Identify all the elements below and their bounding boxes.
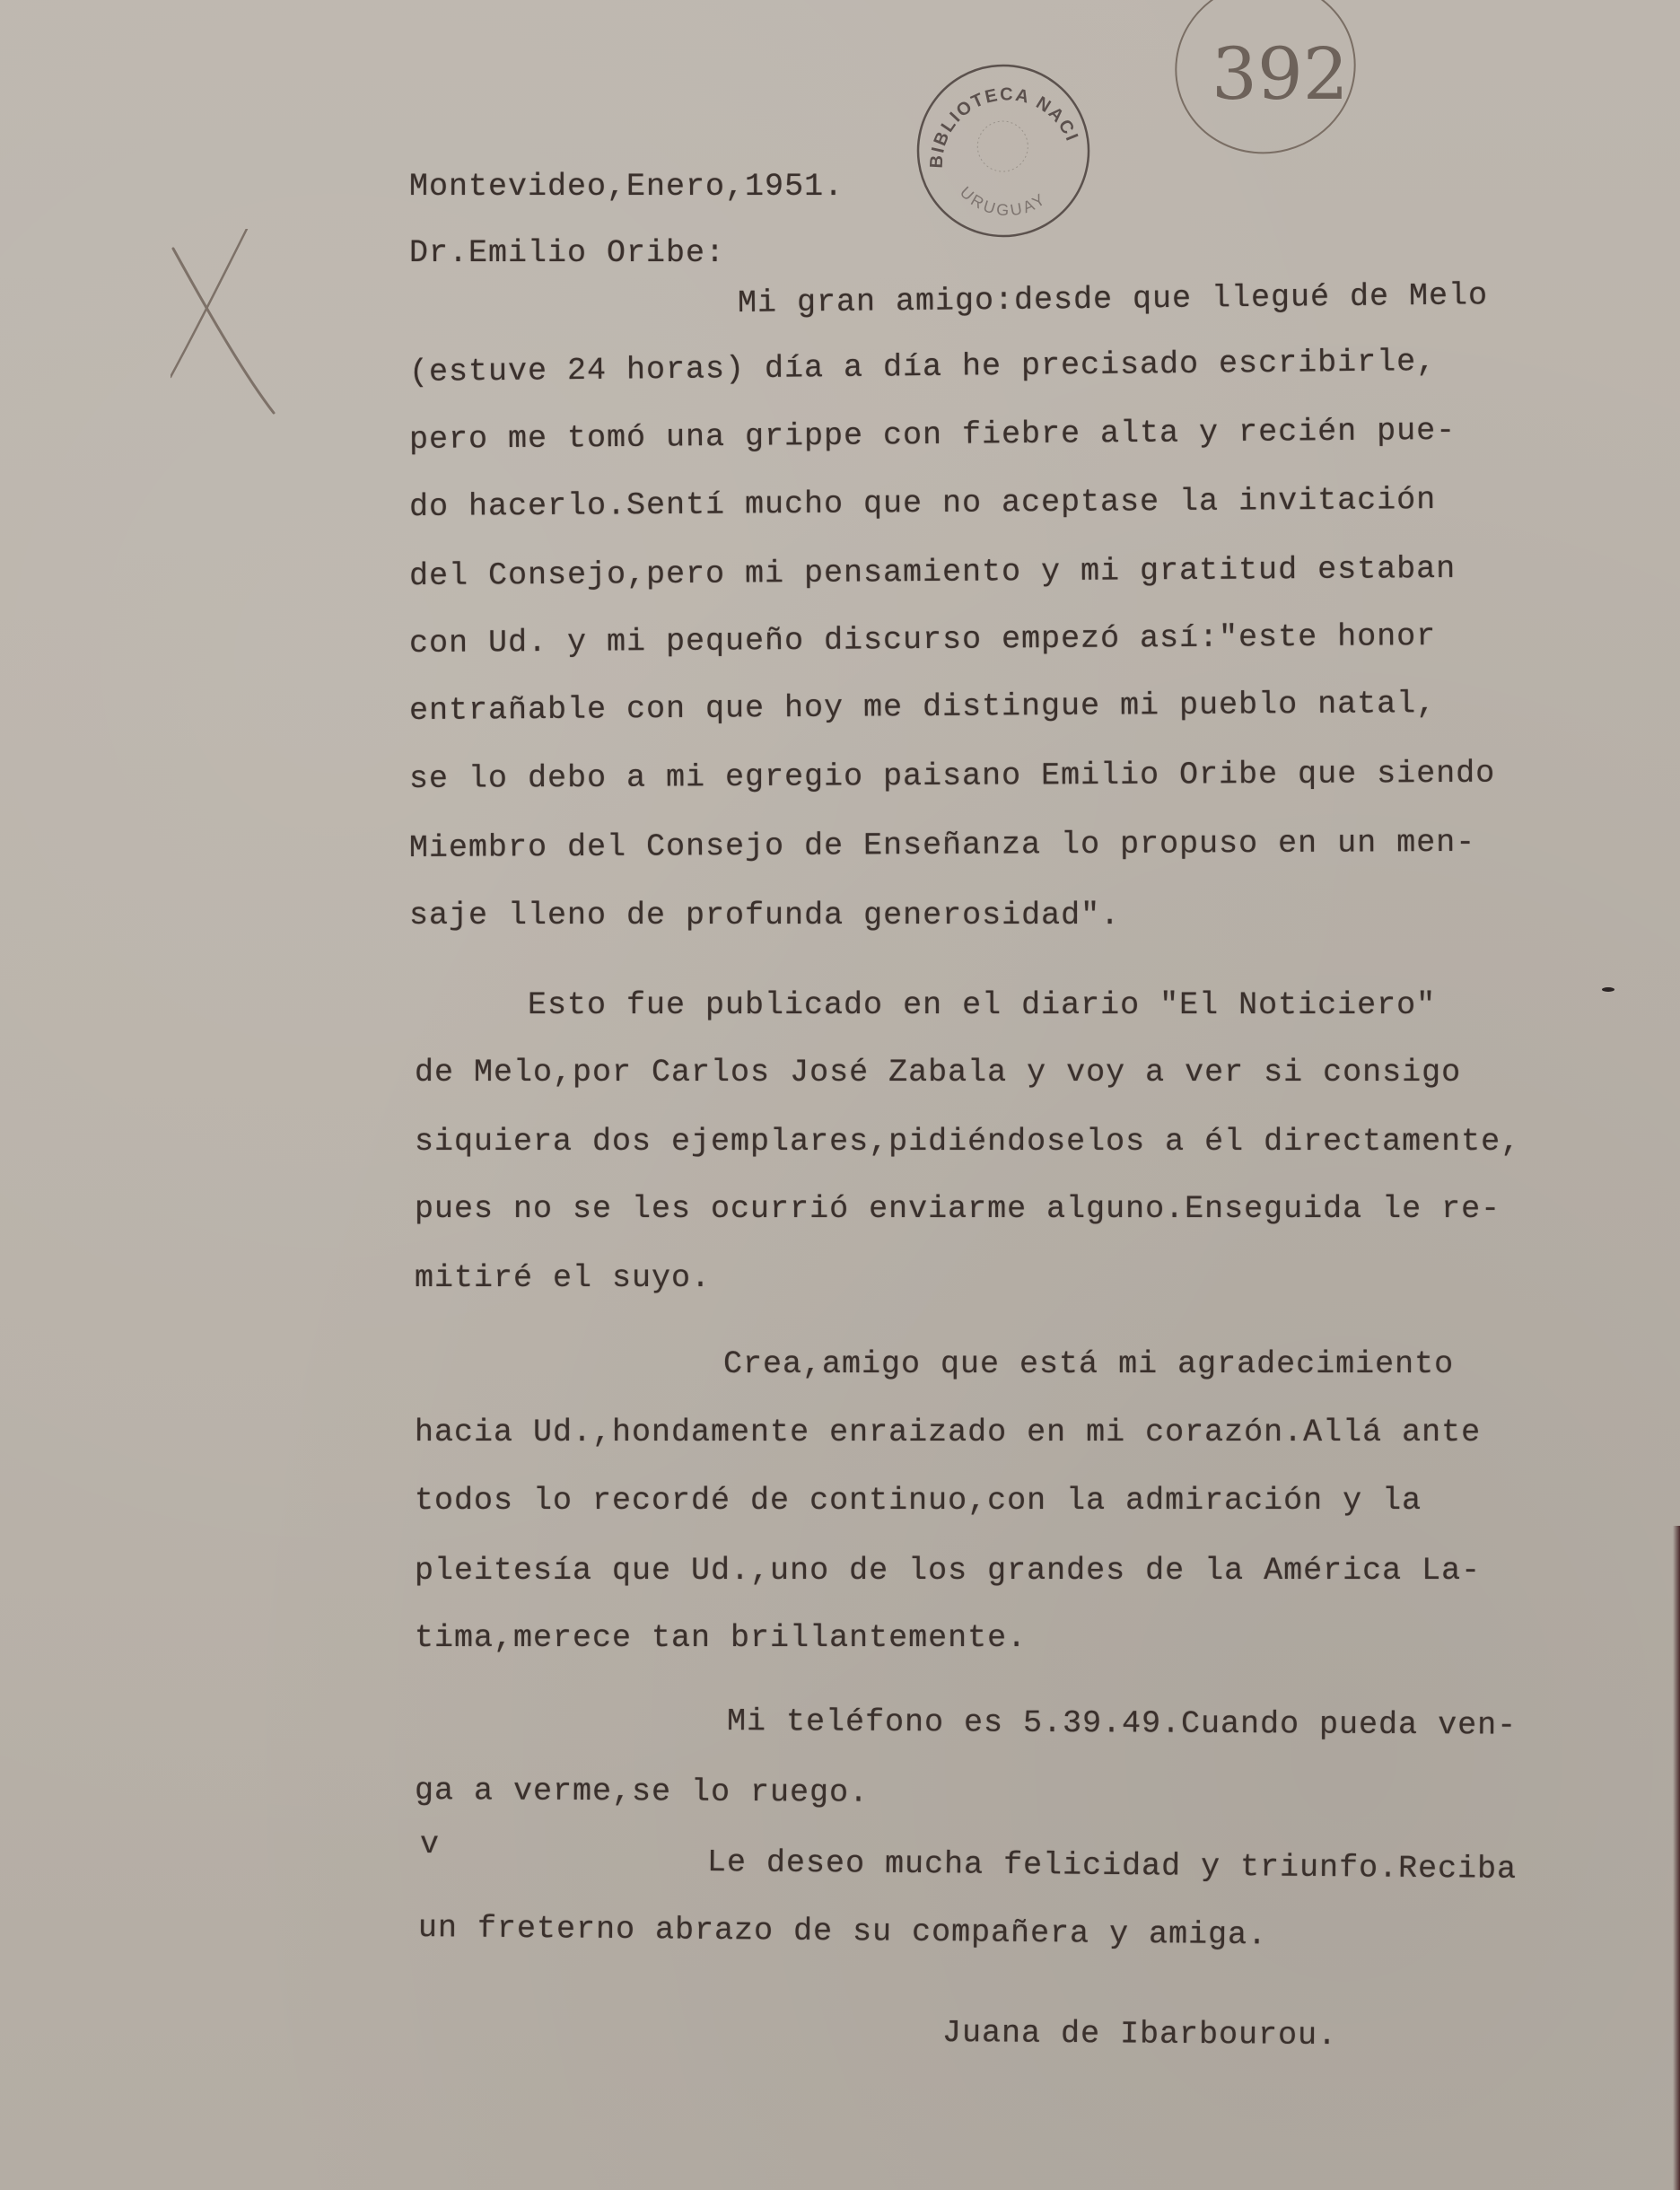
ink-speck <box>1602 987 1614 992</box>
body-line: un freterno abrazo de su compañera y ami… <box>418 1910 1267 1953</box>
signature: Juana de Ibarbourou. <box>942 2015 1337 2054</box>
body-line: siquiera dos ejemplares,pidiéndoselos a … <box>415 1124 1520 1160</box>
folio-number: 392 <box>1212 32 1349 116</box>
body-line: hacia Ud.,hondamente enraizado en mi cor… <box>415 1415 1481 1450</box>
stamp-bottom-text: URUGUAY <box>955 172 1052 227</box>
body-line: Esto fue publicado en el diario "El Noti… <box>528 987 1436 1023</box>
body-line: Mi teléfono es 5.39.49.Cuando pueda ven- <box>727 1704 1517 1744</box>
body-line: todos lo recordé de continuo,con la admi… <box>415 1483 1422 1519</box>
salutation: Dr.Emilio Oribe: <box>409 235 725 271</box>
folio-number-circle: 392 <box>1158 0 1373 162</box>
body-line: Le deseo mucha felicidad y triunfo.Recib… <box>707 1844 1517 1888</box>
body-line: Mi gran amigo:desde que llegué de Melo <box>738 277 1489 321</box>
body-line: con Ud. y mi pequeño discurso empezó así… <box>409 618 1436 661</box>
body-line: pues no se les ocurrió enviarme alguno.E… <box>415 1191 1501 1227</box>
page-edge-shadow <box>1673 1526 1680 2190</box>
body-line: tima,merece tan brillantemente. <box>415 1620 1027 1656</box>
svg-text:BIBLIOTECA NACIONAL: BIBLIOTECA NACIONAL <box>902 49 1084 174</box>
body-line: del Consejo,pero mi pensamiento y mi gra… <box>409 551 1456 594</box>
body-line: saje lleno de profunda generosidad". <box>409 898 1120 933</box>
body-line: se lo debo a mi egregio paisano Emilio O… <box>409 756 1495 797</box>
stamp-top-text: BIBLIOTECA NACIONAL <box>902 49 1084 174</box>
body-line: Crea,amigo que está mi agradecimiento <box>723 1346 1454 1382</box>
margin-mark: v <box>420 1826 440 1862</box>
body-line: de Melo,por Carlos José Zabala y voy a v… <box>415 1055 1461 1091</box>
place-date: Montevideo,Enero,1951. <box>409 169 844 205</box>
body-line: mitiré el suyo. <box>415 1260 711 1296</box>
body-line: pleitesía que Ud.,uno de los grandes de … <box>415 1553 1481 1589</box>
body-line: Miembro del Consejo de Enseñanza lo prop… <box>409 825 1475 866</box>
body-line: (estuve 24 horas) día a día he precisado… <box>409 344 1437 390</box>
body-line: ga a verme,se lo ruego. <box>415 1773 869 1811</box>
svg-text:URUGUAY: URUGUAY <box>955 172 1052 227</box>
letter-page: BIBLIOTECA NACIONAL URUGUAY 392 Montevid… <box>0 0 1680 2190</box>
pencil-x-mark-icon <box>171 229 287 435</box>
body-line: pero me tomó una grippe con fiebre alta … <box>409 413 1456 458</box>
body-line: do hacerlo.Sentí mucho que no aceptase l… <box>409 482 1436 525</box>
body-line: entrañable con que hoy me distingue mi p… <box>409 686 1436 729</box>
library-stamp-icon: BIBLIOTECA NACIONAL URUGUAY <box>902 49 1105 252</box>
